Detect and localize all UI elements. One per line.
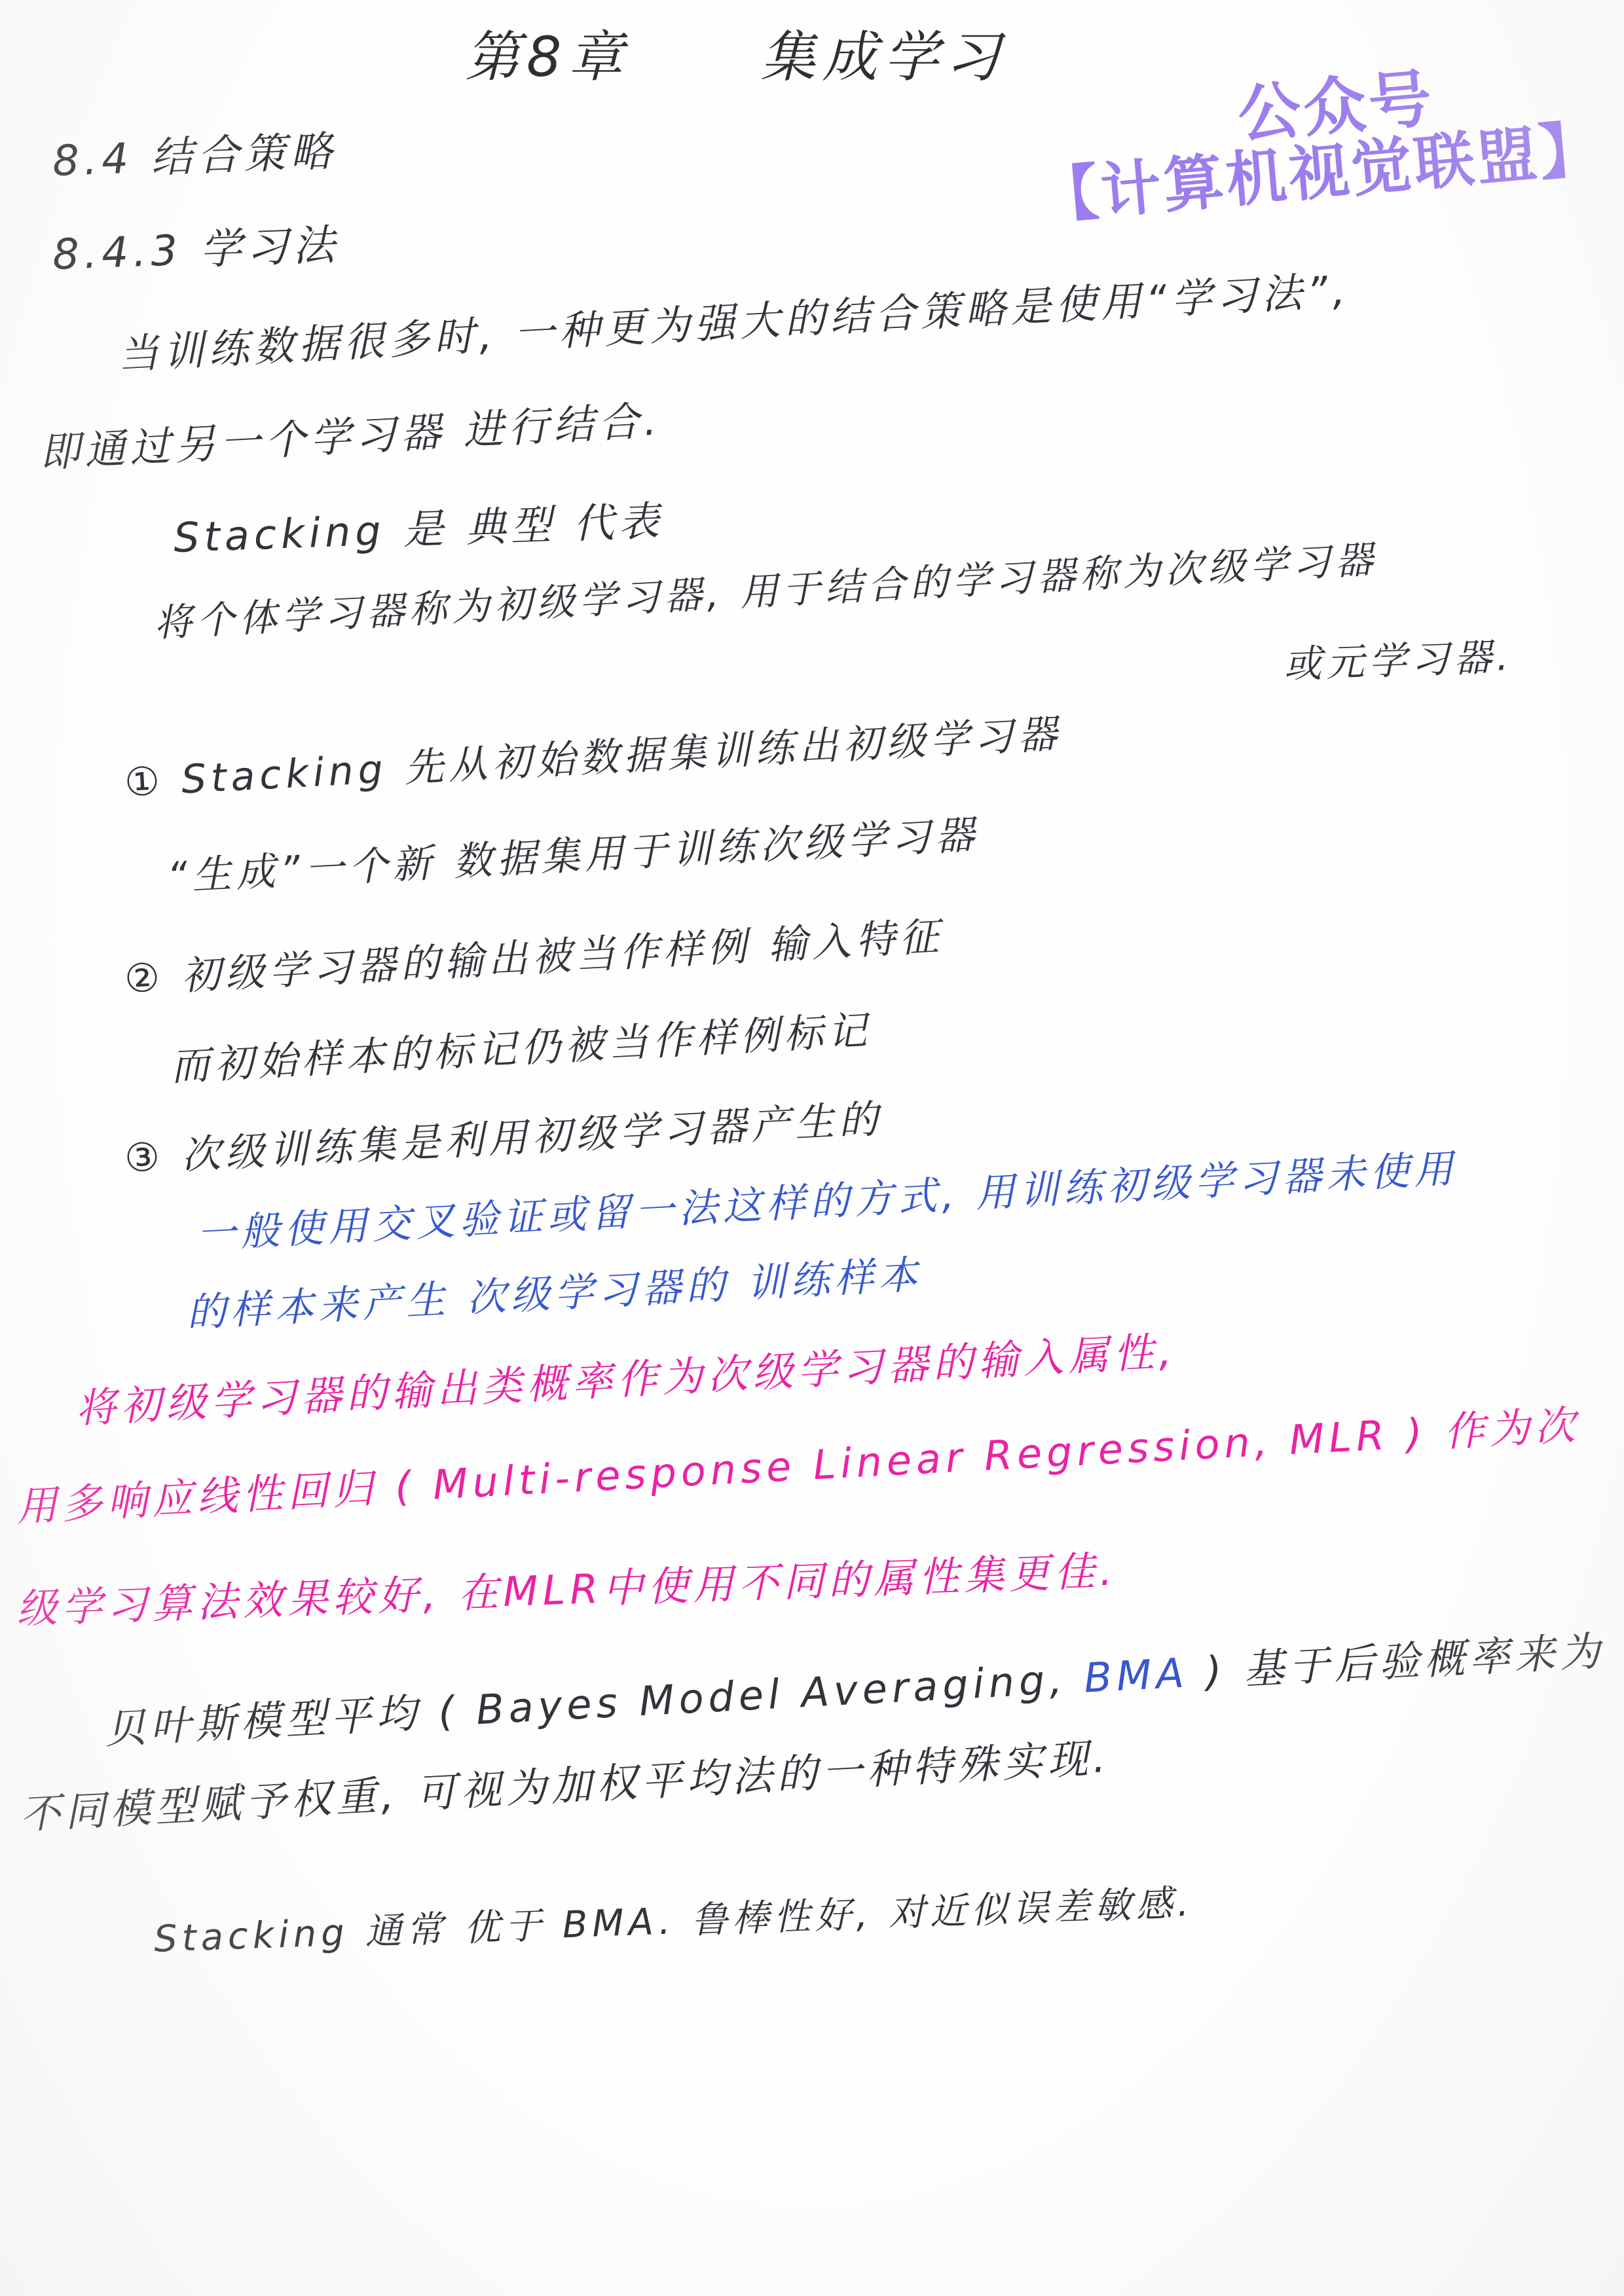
section-heading: 8.4 结合策略 xyxy=(51,118,337,188)
bma-text-post: ) 基于后验概率来为 xyxy=(1187,1627,1606,1696)
note-point2-line2: 而初始样本的标记仍被当作样例标记 xyxy=(169,999,873,1092)
chapter-name: 集成学习 xyxy=(760,25,1006,89)
chapter-number: 第8章 xyxy=(465,25,629,89)
note-point1-line1: ① Stacking 先从初始数据集训练出初级学习器 xyxy=(123,702,1063,808)
pink-mlr-line1: 将初级学习器的输出类概率作为次级学习器的输入属性, xyxy=(74,1319,1177,1434)
note-intro-line1: 当训练数据很多时, 一种更为强大的结合策略是使用“学习法”, xyxy=(117,257,1351,380)
note-stacking-representative: Stacking 是 典型 代表 xyxy=(172,488,664,564)
chapter-title: 第8章集成学习 xyxy=(465,13,1006,92)
notes-page: 第8章集成学习 公众号 【计算机视觉联盟】 8.4 结合策略 8.4.3 学习法… xyxy=(0,0,1624,2296)
pink-mlr-line3: 级学习算法效果较好, 在MLR中使用不同的属性集更佳. xyxy=(15,1538,1117,1635)
bma-paragraph-line1: 贝叶斯模型平均 ( Bayes Model Averaging, BMA ) 基… xyxy=(103,1618,1606,1755)
blue-annotation-line2: 的样本来产生 次级学习器的 训练样本 xyxy=(185,1243,923,1338)
closing-remark: Stacking 通常 优于 BMA. 鲁棒性好, 对近似误差敏感. xyxy=(153,1874,1194,1963)
bma-acronym: BMA xyxy=(1083,1649,1190,1702)
note-point1-line2: “生成”一个新 数据集用于训练次级学习器 xyxy=(166,803,980,902)
subsection-heading: 8.4.3 学习法 xyxy=(51,211,340,282)
note-point3-line1: ③ 次级训练集是利用初级学习器产生的 xyxy=(123,1087,884,1184)
note-learners-line2: 或元学习器. xyxy=(1283,626,1514,689)
note-point2-line1: ② 初级学习器的输出被当作样例 输入特征 xyxy=(123,905,945,1004)
note-intro-line2: 即通过另一个学习器 进行结合. xyxy=(38,388,663,479)
